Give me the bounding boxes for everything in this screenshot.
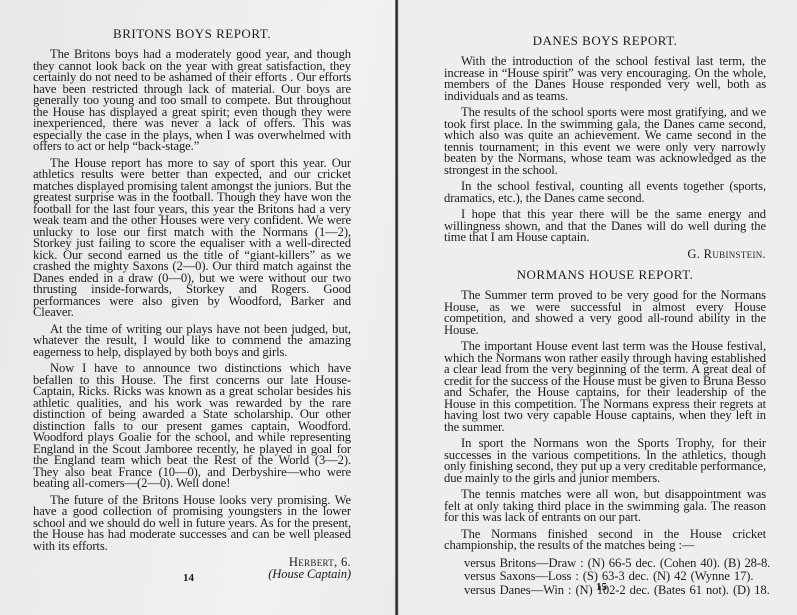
- paragraph: Now I have to announce two distinctions …: [33, 363, 351, 490]
- paragraph: The important House event last term was …: [444, 341, 766, 433]
- page-number: 14: [183, 572, 194, 584]
- paragraph: At the time of writing our plays have no…: [33, 324, 351, 359]
- section-title: NORMANS HOUSE REPORT.: [444, 268, 766, 282]
- result-row: versus Danes—Win : (N) 102-2 dec. (Bates…: [464, 585, 766, 597]
- britons-report: BRITONS BOYS REPORT. The Britons boys ha…: [33, 27, 351, 580]
- paragraph: In the school festival, counting all eve…: [444, 181, 766, 204]
- right-column: DANES BOYS REPORT. With the introduction…: [444, 34, 766, 598]
- paragraph: The Summer term proved to be very good f…: [444, 290, 766, 336]
- result-row: versus Saxons—Loss : (S) 63-3 dec. (N) 4…: [464, 571, 766, 583]
- signature: G. Rubinstein.: [444, 249, 766, 261]
- paragraph: The Britons boys had a moderately good y…: [33, 49, 351, 153]
- paragraph: The future of the Britons House looks ve…: [33, 495, 351, 553]
- paragraph: The tennis matches were all won, but dis…: [444, 489, 766, 524]
- paragraph: The Normans finished second in the House…: [444, 529, 766, 552]
- section-title: BRITONS BOYS REPORT.: [33, 27, 351, 41]
- paragraph: The results of the school sports were mo…: [444, 107, 766, 176]
- section-title: DANES BOYS REPORT.: [444, 34, 766, 48]
- page-15: DANES BOYS REPORT. With the introduction…: [399, 0, 797, 615]
- paragraph: The House report has more to say of spor…: [33, 158, 351, 319]
- result-row: versus Britons—Draw : (N) 66-5 dec. (Coh…: [464, 558, 766, 570]
- booklet-spread: BRITONS BOYS REPORT. The Britons boys ha…: [0, 0, 797, 615]
- paragraph: I hope that this year there will be the …: [444, 209, 766, 244]
- page-14: BRITONS BOYS REPORT. The Britons boys ha…: [0, 0, 394, 615]
- page-number: 15: [596, 581, 607, 593]
- paragraph: With the introduction of the school fest…: [444, 56, 766, 102]
- paragraph: In sport the Normans won the Sports Trop…: [444, 438, 766, 484]
